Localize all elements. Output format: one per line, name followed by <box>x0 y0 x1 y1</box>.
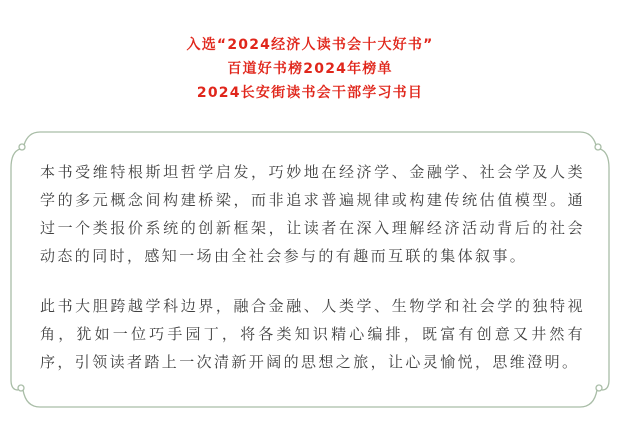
book-description: 本书受维特根斯坦哲学启发，巧妙地在经济学、金融学、社会学及人类学的多元概念间构建… <box>40 158 585 376</box>
description-paragraph-1: 本书受维特根斯坦哲学启发，巧妙地在经济学、金融学、社会学及人类学的多元概念间构建… <box>40 158 585 270</box>
description-paragraph-2: 此书大胆跨越学科边界，融合金融、人类学、生物学和社会学的独特视角，犹如一位巧手园… <box>40 292 585 376</box>
